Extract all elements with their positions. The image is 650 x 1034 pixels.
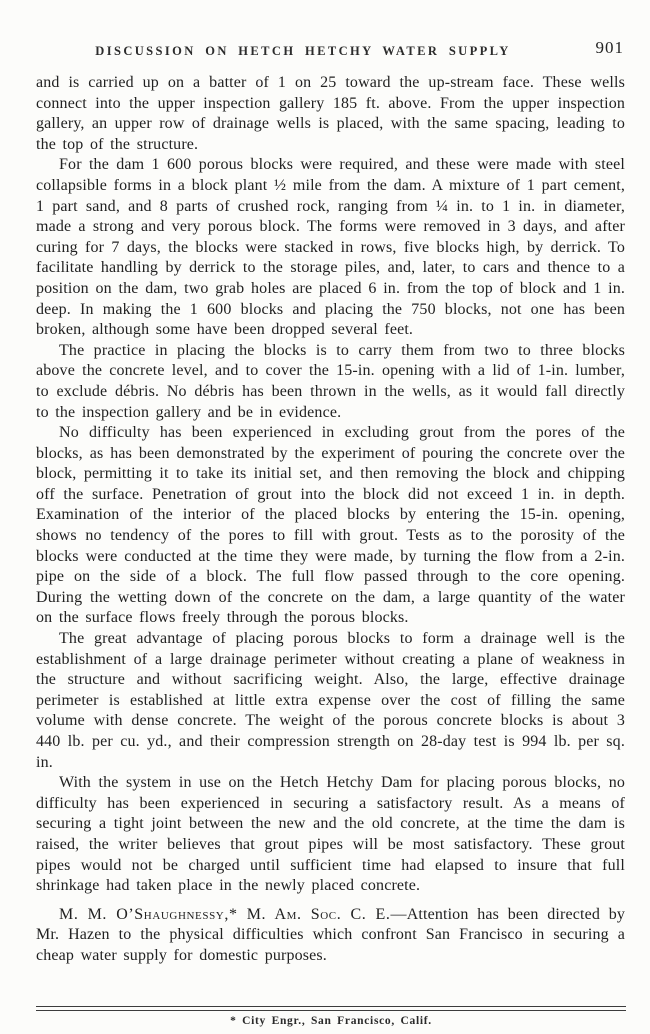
- footnote-text: * City Engr., San Francisco, Calif.: [36, 1015, 626, 1027]
- discussion-paragraph: M. M. O’Shaughnessy,* M. Am. Soc. C. E.—…: [36, 905, 625, 967]
- paragraph-porous-blocks: For the dam 1 600 porous blocks were req…: [36, 155, 625, 340]
- page-body: and is carried up on a batter of 1 on 25…: [36, 73, 625, 967]
- header-title: DISCUSSION ON HETCH HETCHY WATER SUPPLY: [95, 44, 510, 59]
- paragraph-placing-practice: The practice in placing the blocks is to…: [36, 341, 625, 423]
- discussion-author-name: M. M. O’Shaughnessy,* M. Am. Soc. C. E.: [59, 906, 391, 923]
- scanned-page: DISCUSSION ON HETCH HETCHY WATER SUPPLY …: [0, 0, 650, 1034]
- footnote: * City Engr., San Francisco, Calif.: [36, 1006, 626, 1027]
- footnote-divider: [36, 1006, 626, 1011]
- paragraph-grout-pipes: With the system in use on the Hetch Hetc…: [36, 773, 625, 897]
- page-number: 901: [596, 38, 625, 58]
- paragraph-drainage-advantage: The great advantage of placing porous bl…: [36, 629, 625, 773]
- running-header: DISCUSSION ON HETCH HETCHY WATER SUPPLY …: [36, 42, 626, 62]
- paragraph-continuation: and is carried up on a batter of 1 on 25…: [36, 73, 625, 155]
- paragraph-grout-exclusion: No difficulty has been experienced in ex…: [36, 423, 625, 629]
